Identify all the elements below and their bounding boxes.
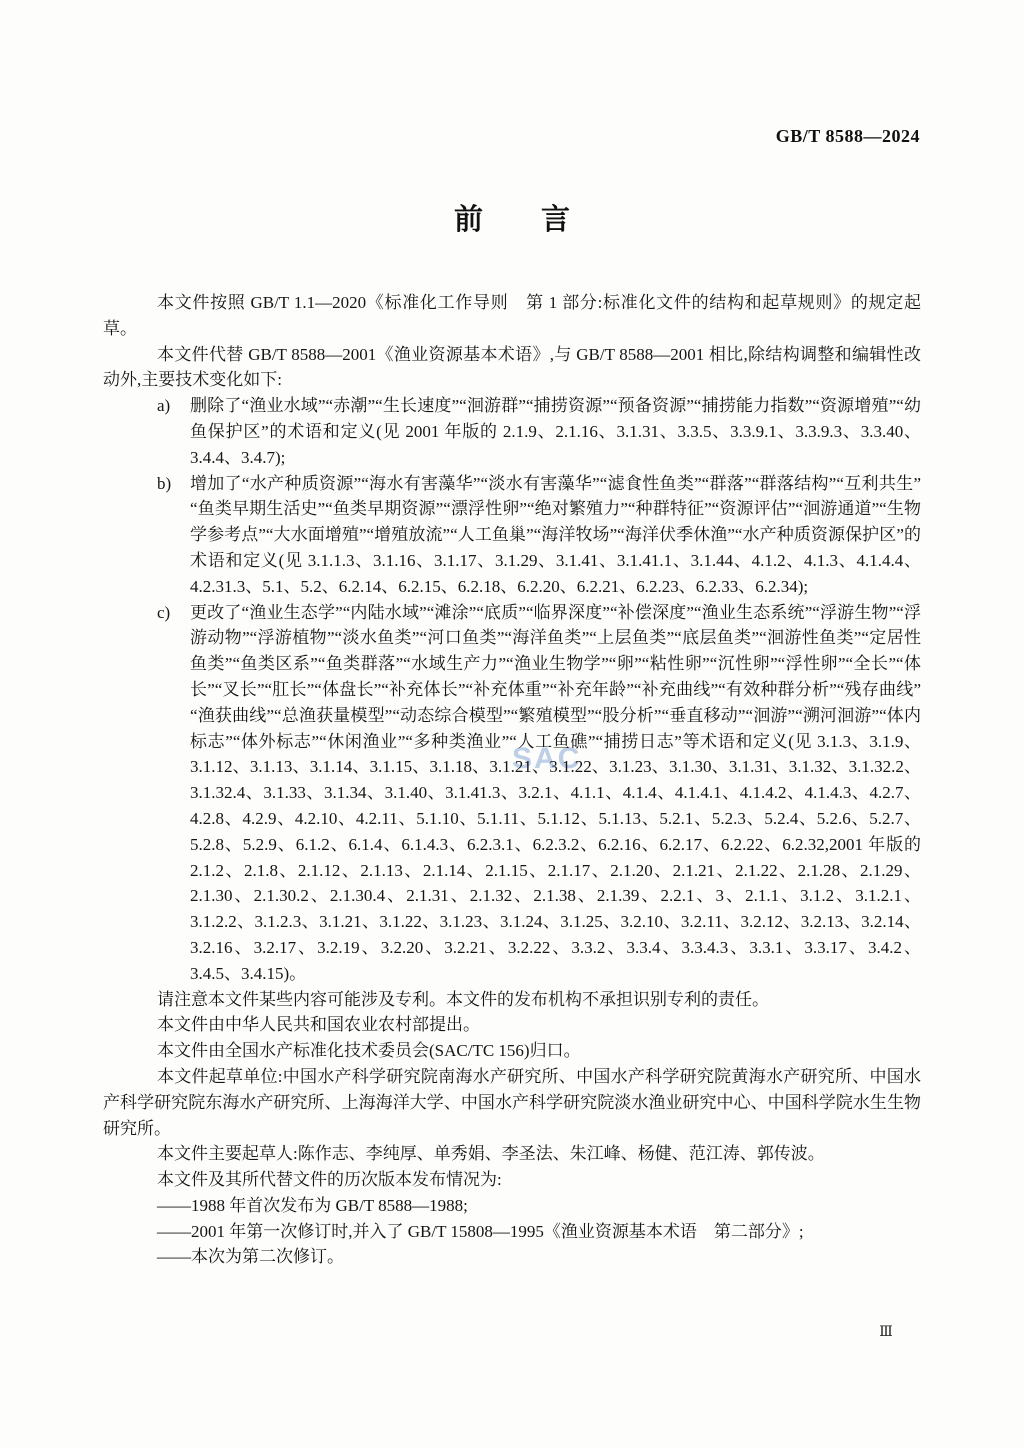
foreword-body: 本文件按照 GB/T 1.1—2020《标准化工作导则 第 1 部分:标准化文件… <box>103 290 921 1270</box>
change-label: c) <box>157 600 190 987</box>
drafters-note: 本文件主要起草人:陈作志、李纯厚、单秀娟、李圣法、朱江峰、杨健、范江涛、郭传波。 <box>103 1141 921 1167</box>
proposed-by-note: 本文件由中华人民共和国农业农村部提出。 <box>103 1012 921 1038</box>
history-entry-1988: ——1988 年首次发布为 GB/T 8588—1988; <box>103 1193 921 1219</box>
change-label: a) <box>157 393 190 470</box>
change-text: 增加了“水产种质资源”“海水有害藻华”“淡水有害藻华”“滤食性鱼类”“群落”“群… <box>190 471 921 600</box>
patent-note: 请注意本文件某些内容可能涉及专利。本文件的发布机构不承担识别专利的责任。 <box>103 987 921 1013</box>
page-number: Ⅲ <box>872 1324 900 1341</box>
change-label: b) <box>157 471 190 600</box>
committee-note: 本文件由全国水产标准化技术委员会(SAC/TC 156)归口。 <box>103 1038 921 1064</box>
change-item-a: a) 删除了“渔业水域”“赤潮”“生长速度”“洄游群”“捕捞资源”“预备资源”“… <box>157 393 921 470</box>
change-item-c: c) 更改了“渔业生态学”“内陆水域”“滩涂”“底质”“临界深度”“补偿深度”“… <box>157 600 921 987</box>
standard-number: GB/T 8588—2024 <box>776 126 920 147</box>
drafting-organizations-note: 本文件起草单位:中国水产科学研究院南海水产研究所、中国水产科学研究院黄海水产研究… <box>103 1064 921 1141</box>
change-text: 更改了“渔业生态学”“内陆水域”“滩涂”“底质”“临界深度”“补偿深度”“渔业生… <box>190 600 921 987</box>
intro-paragraph: 本文件代替 GB/T 8588—2001《渔业资源基本术语》,与 GB/T 85… <box>103 342 921 394</box>
intro-paragraph: 本文件按照 GB/T 1.1—2020《标准化工作导则 第 1 部分:标准化文件… <box>103 290 921 342</box>
history-entry-current: ——本次为第二次修订。 <box>103 1244 921 1270</box>
change-item-b: b) 增加了“水产种质资源”“海水有害藻华”“淡水有害藻华”“滤食性鱼类”“群落… <box>157 471 921 600</box>
document-page: GB/T 8588—2024 前 言 SAC 本文件按照 GB/T 1.1—20… <box>0 0 1024 1447</box>
change-text: 删除了“渔业水域”“赤潮”“生长速度”“洄游群”“捕捞资源”“预备资源”“捕捞能… <box>190 393 921 470</box>
history-entry-2001: ——2001 年第一次修订时,并入了 GB/T 15808—1995《渔业资源基… <box>103 1219 921 1245</box>
page-title: 前 言 <box>0 197 1024 238</box>
history-intro: 本文件及其所代替文件的历次版本发布情况为: <box>103 1167 921 1193</box>
